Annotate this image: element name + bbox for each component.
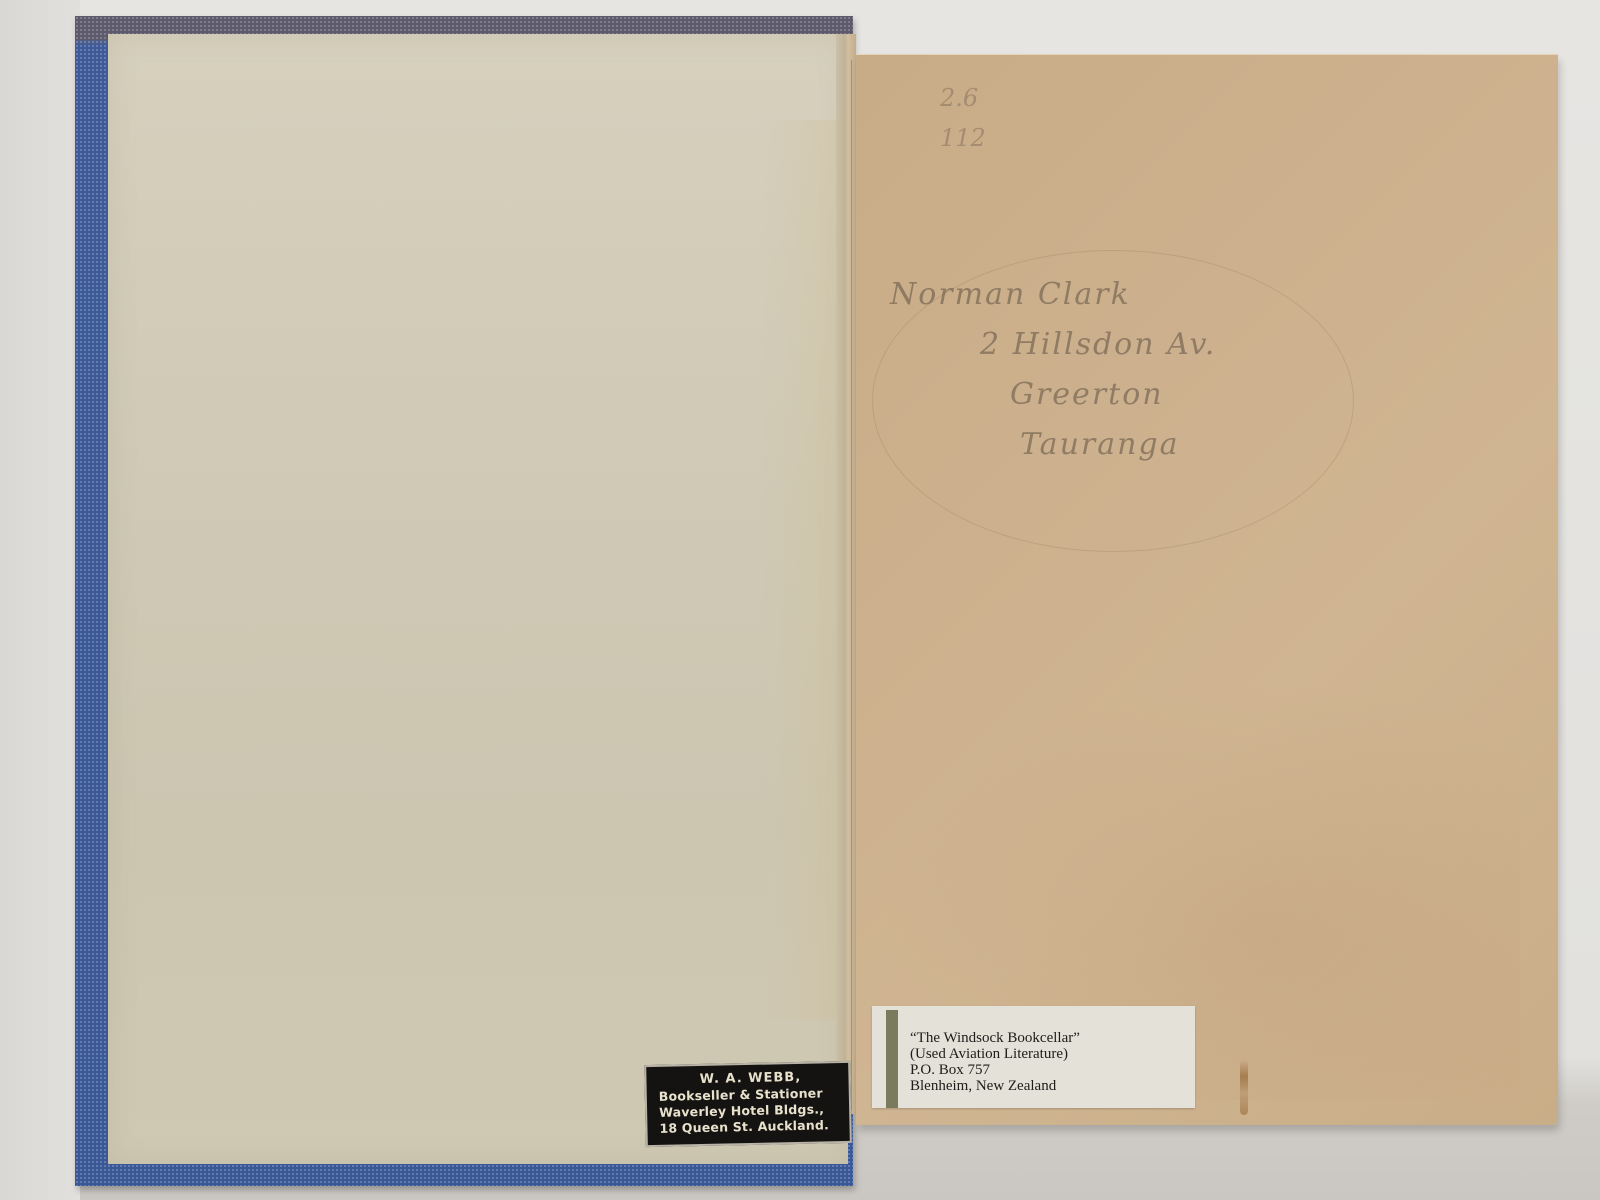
rust-stain <box>1240 1060 1248 1115</box>
inscription-name: Norman Clark <box>890 270 1216 320</box>
bookseller-label-webb: W. A. WEBB, Bookseller & Stationer Waver… <box>644 1061 852 1147</box>
endpaper-discoloration <box>760 120 840 1020</box>
open-book: 2.6 112 Norman Clark 2 Hillsdon Av. Gree… <box>0 0 1600 1200</box>
windsock-label-tagline: (Used Aviation Literature) <box>910 1046 1080 1062</box>
book-hinge-gutter <box>836 34 856 1114</box>
windsock-label-pobox: P.O. Box 757 <box>910 1062 1080 1078</box>
inscription-street: 2 Hillsdon Av. <box>980 320 1216 370</box>
inscription-suburb: Greerton <box>1010 370 1216 420</box>
front-pastedown-endpaper <box>108 34 848 1164</box>
bookseller-label-windsock: “The Windsock Bookcellar” (Used Aviation… <box>872 1006 1195 1108</box>
webb-label-address: 18 Queen St. Auckland. <box>659 1117 843 1137</box>
inscription-city: Tauranga <box>1020 420 1216 470</box>
pencil-mark: 112 <box>940 118 986 158</box>
windsock-label-name: “The Windsock Bookcellar” <box>910 1030 1080 1046</box>
windsock-label-city: Blenheim, New Zealand <box>910 1078 1080 1094</box>
pencil-mark: 2.6 <box>940 78 986 118</box>
owner-inscription: Norman Clark 2 Hillsdon Av. Greerton Tau… <box>890 270 1216 470</box>
pencil-marks-top: 2.6 112 <box>940 78 986 158</box>
label-color-bar <box>886 1010 898 1108</box>
gutter-fold-line <box>851 60 852 1110</box>
